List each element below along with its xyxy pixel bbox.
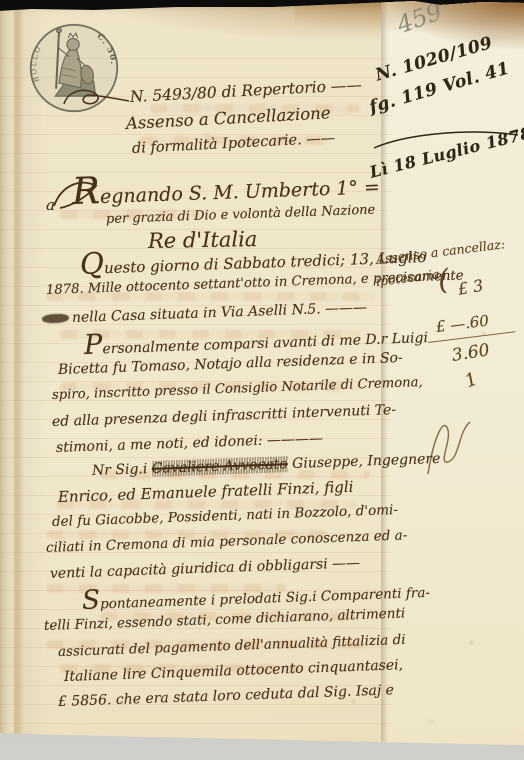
document-page: BOLLO C. 50. N. 5493/80 di Repertorio ——…: [0, 0, 524, 760]
paraph-flourish: [420, 408, 478, 480]
foxing-spots: [0, 0, 3, 3]
scan-background: BOLLO C. 50. N. 5493/80 di Repertorio ——…: [0, 0, 524, 760]
struck-line-pre: Nr Sig.i: [92, 461, 152, 479]
pen-flourish: [60, 86, 132, 112]
